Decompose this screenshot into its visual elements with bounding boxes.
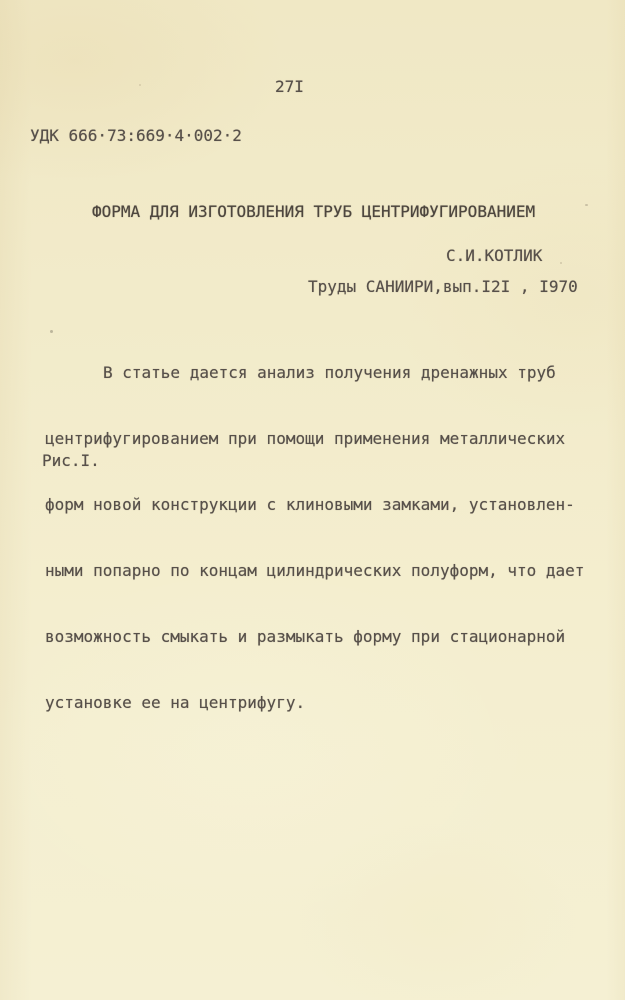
paper-speck (585, 204, 588, 206)
abstract-paragraph: В статье дается анализ получения дренажн… (45, 318, 584, 758)
paper-speck (560, 262, 562, 264)
author-name: С.И.КОТЛИК (446, 245, 542, 267)
article-title: ФОРМА ДЛЯ ИЗГОТОВЛЕНИЯ ТРУБ ЦЕНТРИФУГИРО… (92, 201, 535, 223)
paper-speck (139, 84, 141, 86)
figure-reference: Рис.I. (42, 450, 100, 472)
abstract-line: ными попарно по концам цилиндрических по… (45, 560, 584, 582)
scanned-document-page: 27I УДК 666·73:669·4·002·2 ФОРМА ДЛЯ ИЗГ… (0, 0, 625, 1000)
publication-source: Труды САНИИРИ,вып.I2I , I970 (308, 276, 578, 298)
abstract-line: возможность смыкать и размыкать форму пр… (45, 626, 584, 648)
abstract-line: центрифугированием при помощи применения… (45, 428, 584, 450)
abstract-line: установке ее на центрифугу. (45, 692, 584, 714)
page-number: 27I (275, 76, 304, 98)
udc-code: УДК 666·73:669·4·002·2 (30, 125, 242, 147)
abstract-line: В статье дается анализ получения дренажн… (45, 362, 584, 384)
abstract-line: форм новой конструкции с клиновыми замка… (45, 494, 584, 516)
